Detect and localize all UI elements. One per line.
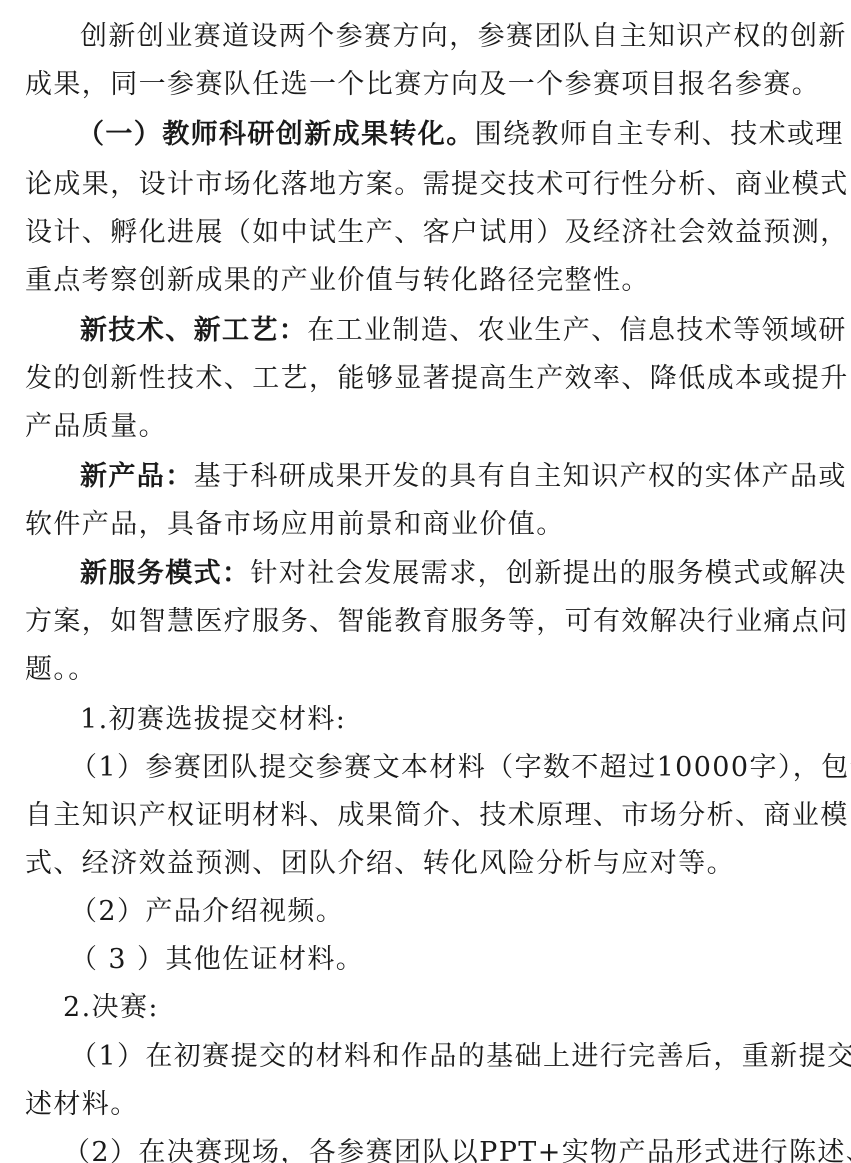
line-text: （1）参赛团队提交参赛文本材料（字数不超过10000字），包含 (70, 752, 851, 783)
line-text: 2.决赛: (63, 992, 159, 1023)
line-text: 方案，如智慧医疗服务、智能教育服务等，可有效解决行业痛点问 (25, 606, 849, 637)
line-text: 述材料。 (25, 1089, 139, 1120)
preliminary-item-3: （ 3 ）其他佐证材料。 (25, 943, 851, 977)
term-label: 新产品： (80, 461, 194, 492)
new-tech-line: 发的创新性技术、工艺，能够显著提高生产效率、降低成本或提升 (25, 362, 825, 396)
line-text: （ 3 ）其他佐证材料。 (70, 944, 364, 975)
preliminary-item-2: （2）产品介绍视频。 (25, 895, 851, 929)
preliminary-item-1: （1）参赛团队提交参赛文本材料（字数不超过10000字），包含 (25, 751, 851, 785)
line-text: 发的创新性技术、工艺，能够显著提高生产效率、降低成本或提升 (25, 363, 849, 394)
preliminary-item-1-cont: 式、经济效益预测、团队介绍、转化风险分析与应对等。 (25, 847, 825, 881)
line-text: 自主知识产权证明材料、成果简介、技术原理、市场分析、商业模 (25, 800, 849, 831)
line-text: 式、经济效益预测、团队介绍、转化风险分析与应对等。 (25, 848, 735, 879)
section-body-line: 设计、孵化进展（如中试生产、客户试用）及经济社会效益预测， (25, 216, 825, 250)
line-text: 1.初赛选拔提交材料: (80, 704, 346, 735)
final-item-1: （1）在初赛提交的材料和作品的基础上进行完善后，重新提交上 (25, 1040, 851, 1074)
line-text: 成果，同一参赛队任选一个比赛方向及一个参赛项目报名参赛。 (25, 69, 820, 100)
line-text: 设计、孵化进展（如中试生产、客户试用）及经济社会效益预测， (25, 217, 849, 248)
new-service-line: 题。。 (25, 653, 825, 687)
final-heading: 2.决赛: (25, 991, 851, 1025)
line-text: 针对社会发展需求，创新提出的服务模式或解决 (250, 558, 846, 589)
new-service-paragraph: 新服务模式：针对社会发展需求，创新提出的服务模式或解决 (25, 557, 851, 591)
line-text: 产品质量。 (25, 411, 167, 442)
paragraph-intro-line-1: 创新创业赛道设两个参赛方向，参赛团队自主知识产权的创新 (25, 20, 851, 54)
term-label: 新服务模式： (80, 558, 250, 589)
line-text: （2）在决赛现场，各参赛团队以PPT+实物产品形式进行陈述、 (63, 1137, 851, 1163)
line-text: 围绕教师自主专利、技术或理 (475, 119, 844, 150)
new-tech-paragraph: 新技术、新工艺：在工业制造、农业生产、信息技术等领域研 (25, 314, 851, 348)
term-label: 新技术、新工艺： (80, 315, 307, 346)
new-tech-line: 产品质量。 (25, 410, 825, 444)
new-product-line: 软件产品，具备市场应用前景和商业价值。 (25, 508, 825, 542)
final-item-2: （2）在决赛现场，各参赛团队以PPT+实物产品形式进行陈述、 (25, 1136, 851, 1163)
section-body-line: 重点考察创新成果的产业价值与转化路径完整性。 (25, 264, 825, 298)
line-text: 基于科研成果开发的具有自主知识产权的实体产品或 (194, 461, 847, 492)
line-text: 论成果，设计市场化落地方案。需提交技术可行性分析、商业模式 (25, 169, 849, 200)
paragraph-intro-line-2: 成果，同一参赛队任选一个比赛方向及一个参赛项目报名参赛。 (25, 68, 825, 102)
line-text: 软件产品，具备市场应用前景和商业价值。 (25, 509, 565, 540)
section-heading-teacher-research: （一）教师科研创新成果转化。围绕教师自主专利、技术或理 (25, 118, 851, 152)
document-page: 创新创业赛道设两个参赛方向，参赛团队自主知识产权的创新 成果，同一参赛队任选一个… (0, 0, 851, 1163)
new-service-line: 方案，如智慧医疗服务、智能教育服务等，可有效解决行业痛点问 (25, 605, 825, 639)
new-product-paragraph: 新产品：基于科研成果开发的具有自主知识产权的实体产品或 (25, 460, 851, 494)
line-text: （1）在初赛提交的材料和作品的基础上进行完善后，重新提交上 (70, 1041, 851, 1072)
final-item-1-cont: 述材料。 (25, 1088, 825, 1122)
line-text: （2）产品介绍视频。 (70, 896, 344, 927)
line-text: 创新创业赛道设两个参赛方向，参赛团队自主知识产权的创新 (80, 21, 847, 52)
section-heading: （一）教师科研创新成果转化。 (77, 119, 475, 150)
preliminary-item-1-cont: 自主知识产权证明材料、成果简介、技术原理、市场分析、商业模 (25, 799, 825, 833)
preliminary-heading: 1.初赛选拔提交材料: (25, 703, 851, 737)
line-text: 题。。 (25, 654, 97, 685)
section-body-line: 论成果，设计市场化落地方案。需提交技术可行性分析、商业模式 (25, 168, 825, 202)
line-text: 重点考察创新成果的产业价值与转化路径完整性。 (25, 265, 650, 296)
line-text: 在工业制造、农业生产、信息技术等领域研 (307, 315, 847, 346)
